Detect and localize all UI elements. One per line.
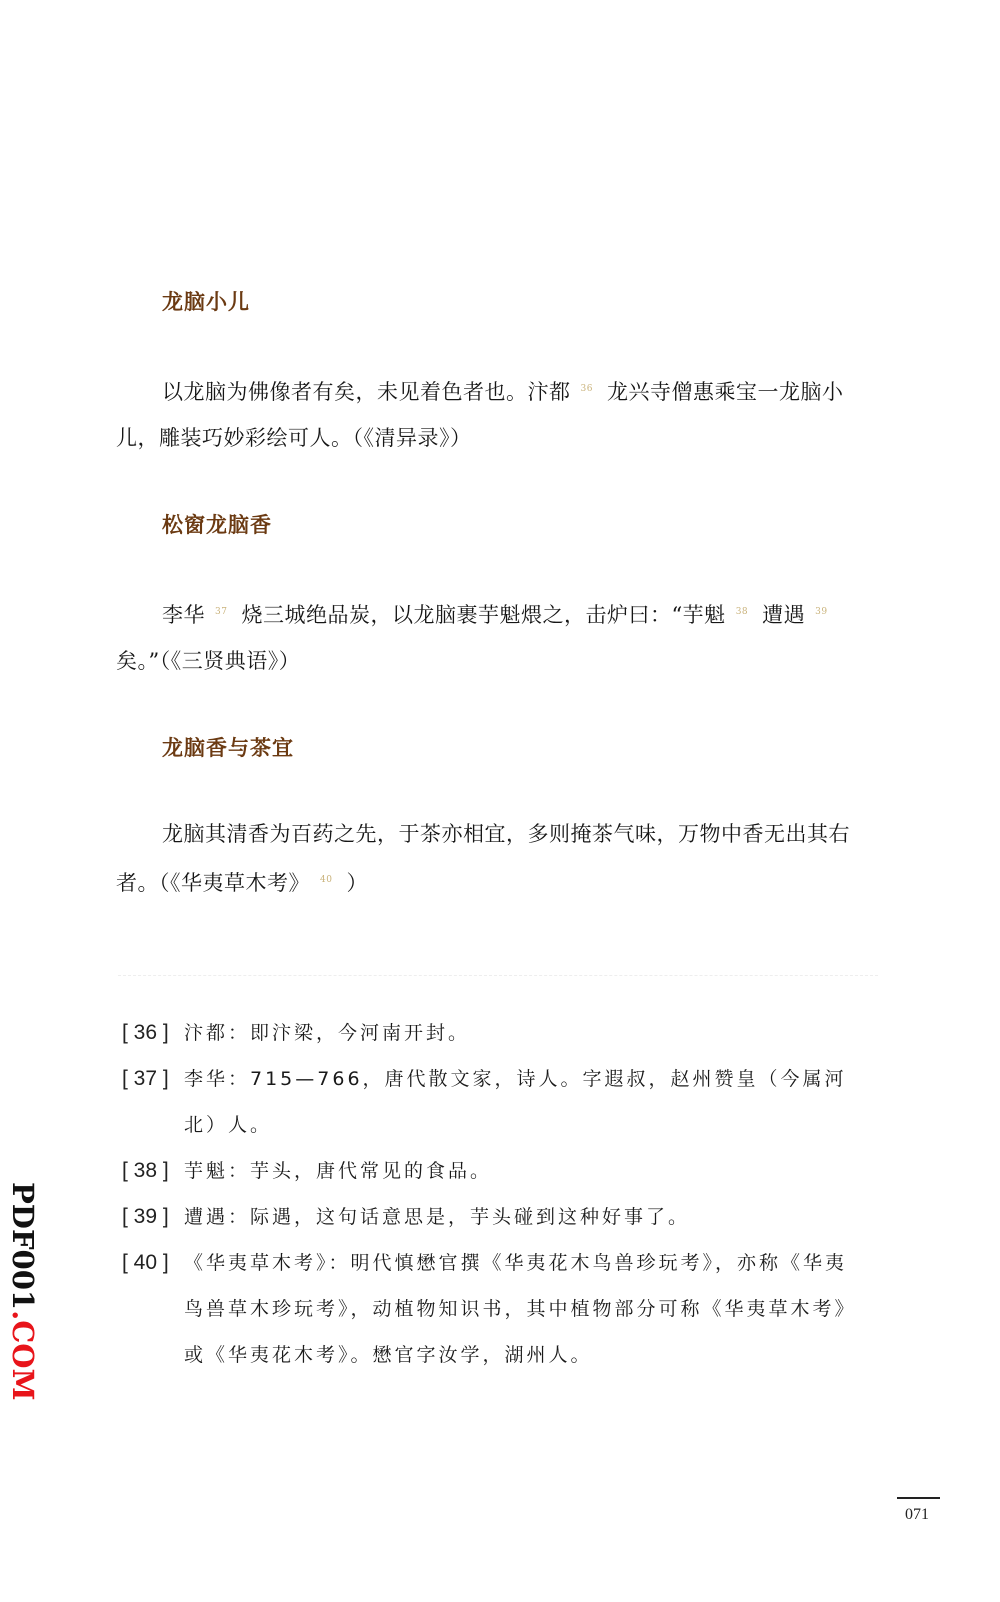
text-run: 以龙脑为佛像者有矣，未见着色者也。汴都	[162, 380, 571, 404]
page-number-rule	[897, 1497, 940, 1499]
footnote-line: 鸟兽草木珍玩考》，动植物知识书，其中植物部分可称《华夷草木考》	[184, 1286, 892, 1332]
footnote-divider	[118, 975, 878, 976]
paragraph-line: 以龙脑为佛像者有矣，未见着色者也。汴都36龙兴寺僧惠乘宝一龙脑小	[116, 366, 884, 415]
watermark-part2: .COM	[6, 1310, 40, 1401]
page-number: 071	[905, 1506, 929, 1524]
watermark-text: PDF001.COM	[6, 1182, 40, 1401]
text-run: 烧三城绝品炭，以龙脑裹芋魁煨之，击炉曰：“芋魁	[241, 603, 725, 627]
footnotes: [ 36 ] 汴都：即汴梁，今河南开封。 [ 37 ] 李华：715—766，唐…	[122, 1010, 892, 1378]
section-paragraph-2: 李华37烧三城绝品炭，以龙脑裹芋魁煨之，击炉曰：“芋魁38遭遇39 矣。”（《三…	[116, 589, 884, 684]
footnote-line: 《华夷草木考》：明代慎懋官撰《华夷花木鸟兽珍玩考》，亦称《华夷	[184, 1240, 892, 1286]
section-title-1: 龙脑小儿	[162, 286, 250, 316]
footnote-ref-39[interactable]: 39	[815, 589, 827, 635]
section-paragraph-3: 龙脑其清香为百药之先，于茶亦相宜，多则掩茶气味，万物中香无出其右 者。（《华夷草…	[116, 811, 884, 906]
section-title-3: 龙脑香与茶宜	[162, 732, 294, 762]
footnote-number: [ 38 ]	[122, 1148, 169, 1194]
footnote-line: 或《华夷花木考》。懋官字汝学，湖州人。	[184, 1332, 892, 1378]
paragraph-line: 者。（《华夷草木考》40）	[116, 857, 884, 906]
footnote-line: 汴都：即汴梁，今河南开封。	[184, 1010, 892, 1056]
footnote-40: [ 40 ] 《华夷草木考》：明代慎懋官撰《华夷花木鸟兽珍玩考》，亦称《华夷 鸟…	[122, 1240, 892, 1378]
paragraph-line: 矣。”（《三贤典语》）	[116, 638, 884, 684]
footnote-ref-36[interactable]: 36	[581, 366, 593, 412]
footnote-number: [ 36 ]	[122, 1010, 169, 1056]
watermark-part1: PDF001	[6, 1182, 40, 1310]
footnote-number: [ 40 ]	[122, 1240, 169, 1286]
text-run: 者。（《华夷草木考》	[116, 871, 310, 895]
footnote-38: [ 38 ] 芋魁：芋头，唐代常见的食品。	[122, 1148, 892, 1194]
footnote-number: [ 39 ]	[122, 1194, 169, 1240]
text-run: ）	[346, 871, 368, 895]
footnote-ref-40[interactable]: 40	[320, 857, 332, 903]
footnote-39: [ 39 ] 遭遇：际遇，这句话意思是，芋头碰到这种好事了。	[122, 1194, 892, 1240]
text-run: 遭遇	[762, 603, 805, 627]
footnote-line: 北）人。	[184, 1102, 892, 1148]
footnote-ref-37[interactable]: 37	[215, 589, 227, 635]
footnote-line: 芋魁：芋头，唐代常见的食品。	[184, 1148, 892, 1194]
text-run: 李华	[162, 603, 205, 627]
paragraph-line: 龙脑其清香为百药之先，于茶亦相宜，多则掩茶气味，万物中香无出其右	[116, 811, 884, 857]
footnote-37: [ 37 ] 李华：715—766，唐代散文家，诗人。字遐叔，赵州赞皇（今属河 …	[122, 1056, 892, 1148]
footnote-36: [ 36 ] 汴都：即汴梁，今河南开封。	[122, 1010, 892, 1056]
watermark: PDF001.COM	[4, 1182, 40, 1382]
footnote-line: 遭遇：际遇，这句话意思是，芋头碰到这种好事了。	[184, 1194, 892, 1240]
footnote-ref-38[interactable]: 38	[736, 589, 748, 635]
section-title-2: 松窗龙脑香	[162, 509, 272, 539]
footnote-line: 李华：715—766，唐代散文家，诗人。字遐叔，赵州赞皇（今属河	[184, 1056, 892, 1102]
text-run: 龙兴寺僧惠乘宝一龙脑小	[607, 380, 844, 404]
book-page: 龙脑小儿 以龙脑为佛像者有矣，未见着色者也。汴都36龙兴寺僧惠乘宝一龙脑小 儿，…	[0, 0, 1000, 1602]
paragraph-line: 李华37烧三城绝品炭，以龙脑裹芋魁煨之，击炉曰：“芋魁38遭遇39	[116, 589, 884, 638]
paragraph-line: 儿，雕装巧妙彩绘可人。（《清异录》）	[116, 415, 884, 461]
footnote-number: [ 37 ]	[122, 1056, 169, 1102]
section-paragraph-1: 以龙脑为佛像者有矣，未见着色者也。汴都36龙兴寺僧惠乘宝一龙脑小 儿，雕装巧妙彩…	[116, 366, 884, 461]
